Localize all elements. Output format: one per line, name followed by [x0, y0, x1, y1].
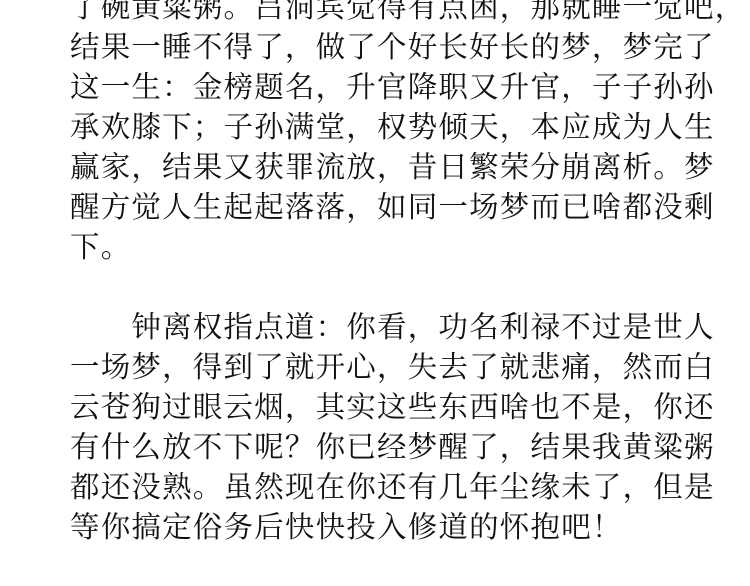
text-line: 这一生：金榜题名，升官降职又升官，子子孙孙	[70, 67, 690, 107]
text-line: 醒方觉人生起起落落，如同一场梦而已啥都没剩	[70, 187, 690, 227]
text-line: 下。	[70, 227, 690, 267]
text-line: 承欢膝下；子孙满堂，权势倾天，本应成为人生	[70, 107, 690, 147]
text-line: 云苍狗过眼云烟，其实这些东西啥也不是，你还	[70, 387, 690, 427]
text-line: 了碗黄粱粥。吕洞宾觉得有点困，那就睡一觉吧，	[70, 0, 690, 27]
text-line: 结果一睡不得了，做了个好长好长的梦，梦完了	[70, 27, 690, 67]
text-line: 一场梦，得到了就开心，失去了就悲痛，然而白	[70, 347, 690, 387]
text-line: 等你搞定俗务后快快投入修道的怀抱吧！	[70, 507, 690, 547]
text-line: 有什么放不下呢？你已经梦醒了，结果我黄粱粥	[70, 427, 690, 467]
text-line: 赢家，结果又获罪流放，昔日繁荣分崩离析。梦	[70, 147, 690, 187]
text-line: 钟离权指点道：你看，功名利禄不过是世人	[70, 307, 690, 347]
text-line: 都还没熟。虽然现在你还有几年尘缘未了，但是	[70, 467, 690, 507]
document-page: 了碗黄粱粥。吕洞宾觉得有点困，那就睡一觉吧， 结果一睡不得了，做了个好长好长的梦…	[70, 0, 690, 547]
paragraph-spacer	[70, 267, 690, 307]
paragraph-1: 了碗黄粱粥。吕洞宾觉得有点困，那就睡一觉吧， 结果一睡不得了，做了个好长好长的梦…	[70, 0, 690, 267]
paragraph-2: 钟离权指点道：你看，功名利禄不过是世人 一场梦，得到了就开心，失去了就悲痛，然而…	[70, 307, 690, 547]
